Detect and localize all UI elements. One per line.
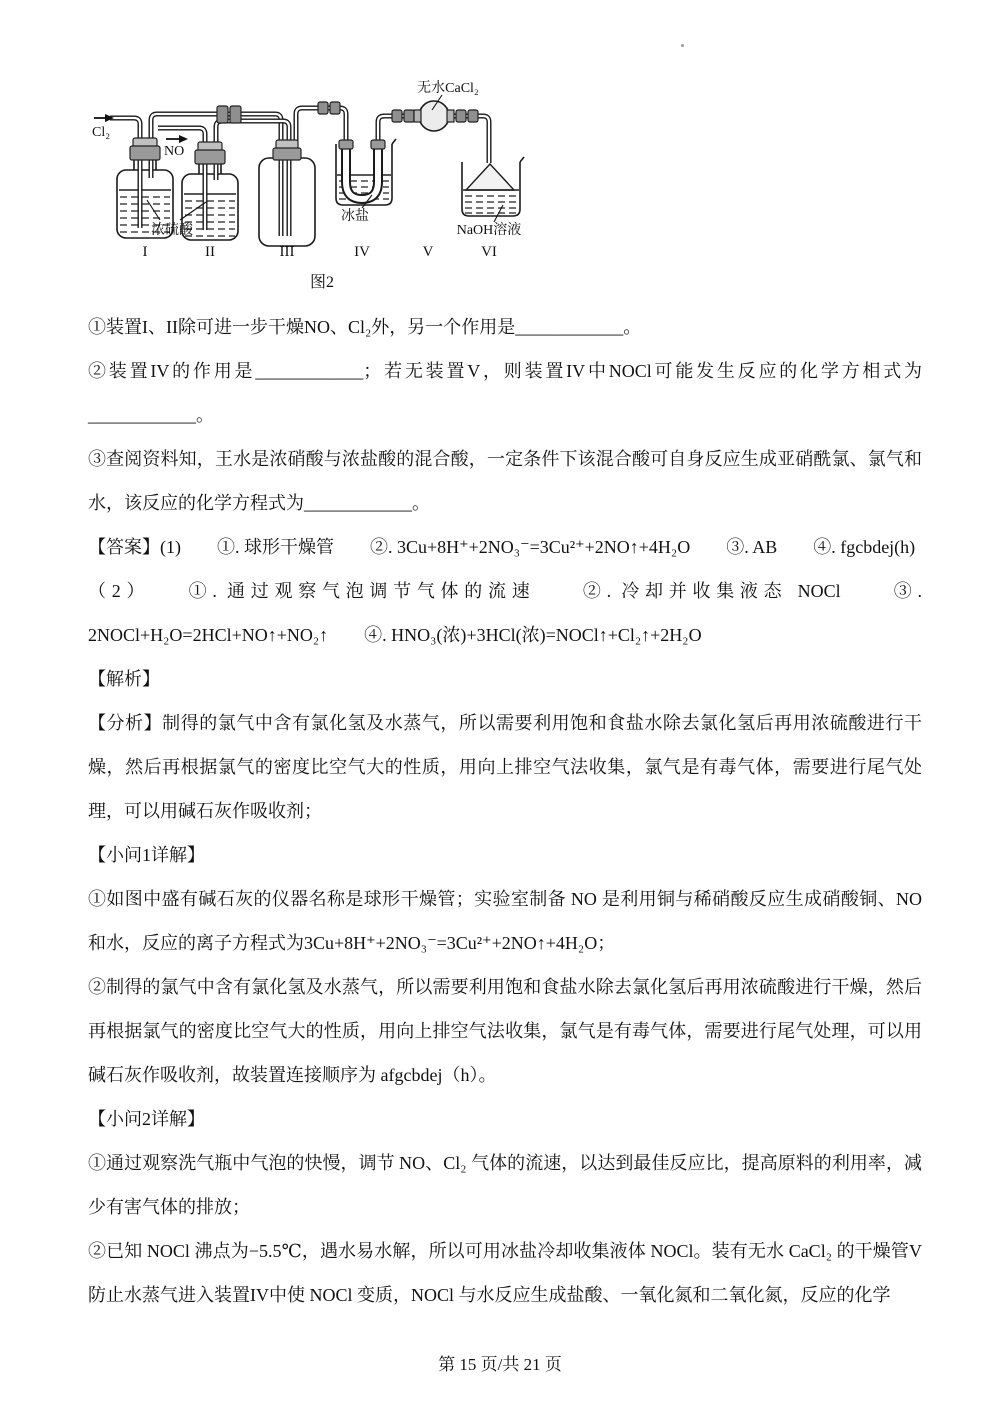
anhydrous-cacl2-label: 无水CaCl₂ [417,79,479,96]
section-jiexi-header: 【解析】 [88,657,922,701]
unit-numeral-5: V [423,244,434,260]
answer-part-1: 【答案】(1) ①. 球形干燥管 ②. 3Cu+8H⁺+2NO₃⁻=3Cu²⁺+… [88,525,922,569]
question-3: ③查阅资料知，王水是浓硝酸与浓盐酸的混合酸，一定条件下该混合酸可自身反应生成亚硝… [88,437,922,525]
analysis-paragraph: 【分析】制得的氯气中含有氯化氢及水蒸气，所以需要利用饱和食盐水除去氯化氢后再用浓… [88,701,922,833]
u-tube-cap-left [339,140,353,149]
beaker-4-spout [392,139,396,144]
subquestion-2-detail-1: ①通过观察洗气瓶中气泡的快慢，调节 NO、Cl₂ 气体的流速，以达到最佳反应比，… [88,1141,922,1229]
subquestion-1-header: 【小问1详解】 [88,833,922,877]
stray-mark [681,44,684,47]
subquestion-1-detail-2: ②制得的氯气中含有氯化氢及水蒸气，所以需要利用饱和食盐水除去氯化氢后再用浓硫酸进… [88,965,922,1097]
document-page: Cl₂ NO 浓硫酸 冰盐 无水CaCl₂ NaOH溶液 I II III IV… [0,0,1000,1414]
beaker-6-spout [520,157,524,162]
stopper-1 [130,146,160,160]
subquestion-1-detail-1: ①如图中盛有碱石灰的仪器名称是球形干燥管；实验室制备 NO 是利用铜与稀硝酸反应… [88,877,922,965]
bulb-collar-right [447,110,454,122]
page-number: 第 15 页/共 21 页 [0,1350,1000,1375]
unit-numeral-1: I [143,244,148,260]
cl2-flow-arrow [94,114,114,122]
ice-salt-label: 冰盐 [341,207,369,224]
naoh-label: NaOH溶液 [457,221,522,238]
question-2: ②装置IV的作用是____________；若无装置V，则装置IV中NOCl可能… [88,349,922,437]
unit-numeral-3: III [280,244,295,260]
page-content: Cl₂ NO 浓硫酸 冰盐 无水CaCl₂ NaOH溶液 I II III IV… [88,78,922,1317]
bulb-collar-left [414,110,421,122]
unit-numeral-2: II [205,244,215,260]
naoh-liquid [465,196,517,213]
question-1: ①装置I、II除可进一步干燥NO、Cl₂外，另一个作用是____________… [88,305,922,349]
apparatus-diagram: Cl₂ NO 浓硫酸 冰盐 无水CaCl₂ NaOH溶液 I II III IV… [90,78,534,296]
figure-caption: 图2 [310,273,334,291]
unit-numeral-4: IV [354,244,370,260]
cl2-label: Cl₂ [92,125,110,140]
u-tube [346,146,378,199]
no-flow-arrow [166,135,188,143]
u-tube-cap-right [371,140,385,149]
no-label: NO [164,144,184,159]
stopper-2 [195,150,225,164]
stopper-3 [273,148,301,160]
inverted-funnel [466,164,514,190]
conc-h2so4-label: 浓硫酸 [151,222,194,238]
subquestion-2-detail-2: ②已知 NOCl 沸点为−5.5℃，遇水易水解，所以可用冰盐冷却收集液体 NOC… [88,1229,922,1317]
apparatus-figure: Cl₂ NO 浓硫酸 冰盐 无水CaCl₂ NaOH溶液 I II III IV… [90,78,922,301]
unit-numeral-6: VI [481,244,497,260]
subquestion-2-header: 【小问2详解】 [88,1097,922,1141]
drying-bulb [419,101,449,131]
answer-part-2: （2） ①. 通过观察气泡调节气体的流速 ②. 冷却并收集液态 NOCl ③. … [88,569,922,657]
